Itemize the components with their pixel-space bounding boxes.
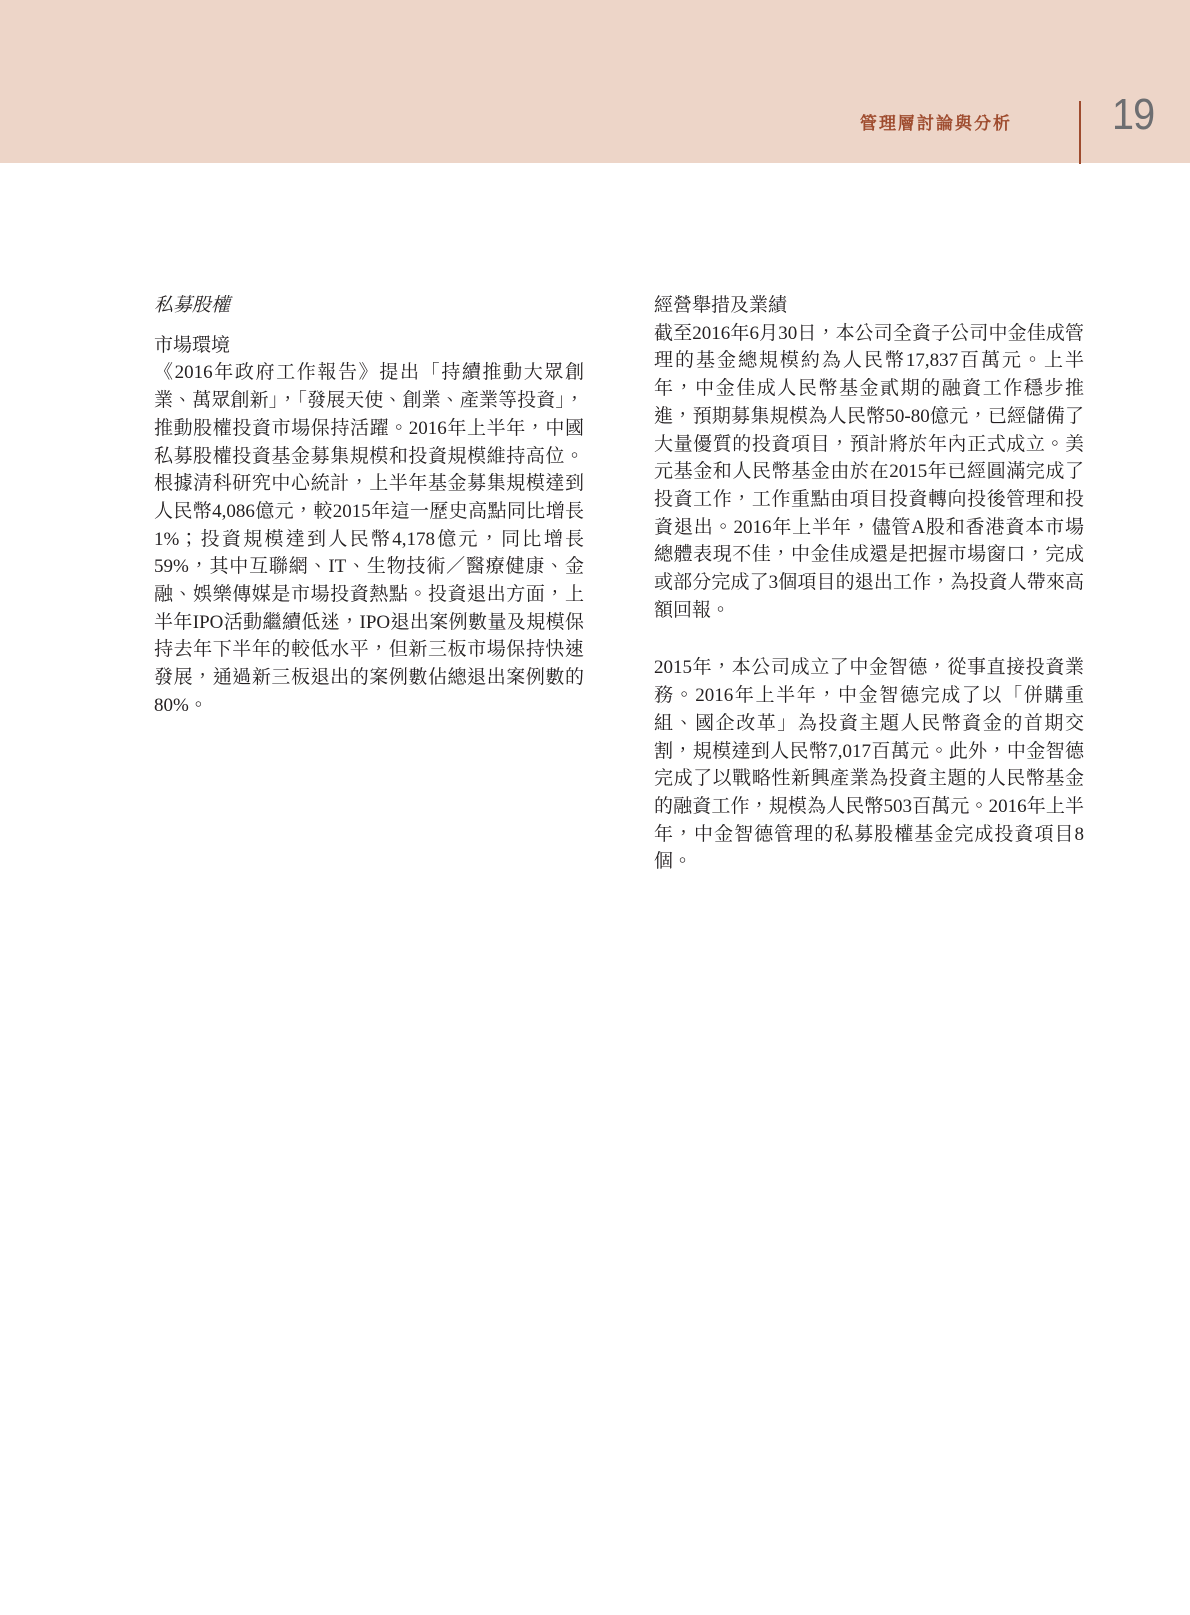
right-column: 經營舉措及業績 截至2016年6月30日，本公司全資子公司中金佳成管理的基金總規… [654,292,1084,876]
private-equity-heading: 私募股權 [154,292,584,320]
section-title: 管理層討論與分析 [860,109,1012,134]
page-header-band: 管理層討論與分析 19 [0,0,1190,163]
market-environment-paragraph: 《2016年政府工作報告》提出「持續推動大眾創業、萬眾創新」，「發展天使、創業、… [154,359,584,719]
header-divider [1079,101,1081,164]
operations-results-subheading: 經營舉措及業績 [654,292,1084,320]
operations-results-paragraph-2: 2015年，本公司成立了中金智德，從事直接投資業務。2016年上半年，中金智德完… [654,654,1084,876]
left-column: 私募股權 市場環境 《2016年政府工作報告》提出「持續推動大眾創業、萬眾創新」… [154,292,584,720]
page-number: 19 [1112,93,1154,137]
operations-results-paragraph-1: 截至2016年6月30日，本公司全資子公司中金佳成管理的基金總規模約為人民幣17… [654,320,1084,625]
market-environment-subheading: 市場環境 [154,332,584,360]
